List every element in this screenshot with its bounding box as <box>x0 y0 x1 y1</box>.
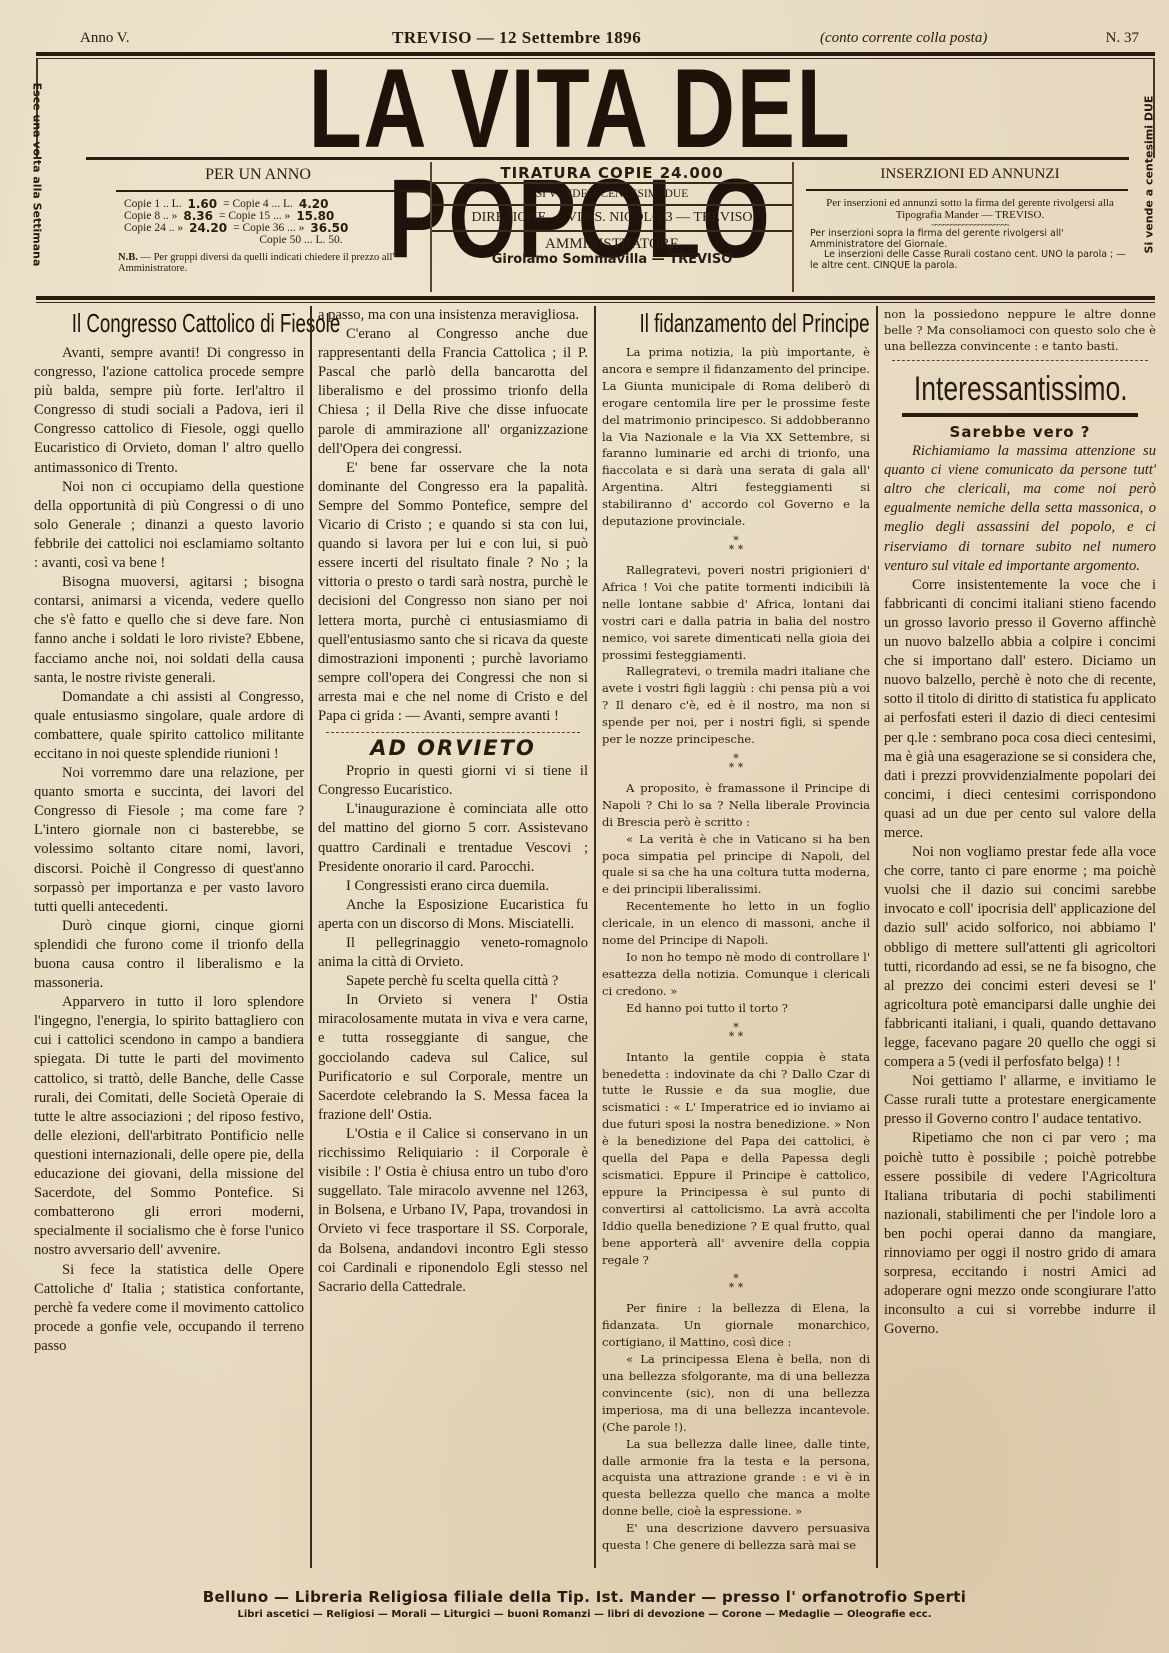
volume-year: Anno V. <box>80 30 129 47</box>
divider <box>116 190 430 192</box>
paragraph: Domandate a chi assisti al Congresso, qu… <box>34 688 304 764</box>
paragraph: Rallegratevi, poveri nostri prigionieri … <box>602 562 870 663</box>
column-2: a passo, ma con una insistenza meravigli… <box>318 306 588 1568</box>
lead-paragraph: Richiamiamo la massima attenzione su qua… <box>884 442 1156 576</box>
advertising-box: INSERZIONI ED ANNUNZI Per inserzioni ed … <box>800 162 1140 292</box>
newspaper-page: Anno V. TREVISO — 12 Settembre 1896 (con… <box>0 0 1169 1653</box>
paragraph: Noi non ci occupiamo della questione del… <box>34 478 304 573</box>
advertising-note: Per inserzioni sopra la firma del gerent… <box>800 229 1140 250</box>
section-rule-thin <box>36 302 1155 303</box>
paragraph: Per finire : la bellezza di Elena, la fi… <box>602 1300 870 1351</box>
footer-line-1: Belluno — Libreria Religiosa filiale del… <box>0 1588 1169 1606</box>
price-per-copy: SI VENDE A CENTESIMI DUE <box>432 182 792 204</box>
paragraph: Il pellegrinaggio veneto-romagnolo anima… <box>318 934 588 972</box>
paragraph: Ripetiamo che non ci par vero ; ma poich… <box>884 1129 1156 1339</box>
side-note-left-text: Esce una volta alla Settimana <box>31 80 44 270</box>
paragraph: La sua bellezza dalle linee, dalle tinte… <box>602 1436 870 1521</box>
paragraph: Si fece la statistica delle Opere Cattol… <box>34 1261 304 1356</box>
advertising-note: Per inserzioni ed annunzi sotto la firma… <box>800 197 1140 221</box>
paragraph: Corre insistentemente la voce che i fabb… <box>884 576 1156 843</box>
circulation-box: TIRATURA COPIE 24.000 SI VENDE A CENTESI… <box>430 162 794 292</box>
asterism-divider: ** * <box>602 1023 870 1041</box>
paragraph: non la possiedono neppure le altre donne… <box>884 306 1156 354</box>
footer-advertisement: Belluno — Libreria Religiosa filiale del… <box>0 1588 1169 1620</box>
price-row: Copie 8 .. » 8.36 = Copie 15 ... » 15.80 <box>124 210 438 222</box>
postal-note: (conto corrente colla posta) <box>820 30 987 47</box>
paragraph: Noi vorremmo dare una relazione, per qua… <box>34 764 304 917</box>
article-headline: Il Congresso Cattolico di Fiesole <box>72 306 266 340</box>
footer-line-2: Libri ascetici — Religiosi — Morali — Li… <box>0 1609 1169 1620</box>
paragraph: Sapete perchè fu scelta quella città ? <box>318 972 588 991</box>
price-label: = Copie 4 ... L. <box>223 198 293 210</box>
column-rule <box>594 306 596 1568</box>
article-columns: Il Congresso Cattolico di Fiesole Avanti… <box>20 306 1160 1568</box>
divider <box>806 189 1128 191</box>
nota-bene: N.B. — Per gruppi diversi da quelli indi… <box>118 252 438 274</box>
paragraph: Durò cinque giorni, cinque giorni splend… <box>34 917 304 993</box>
paragraph: E' bene far osservare che la nota domina… <box>318 459 588 726</box>
paragraph: Rallegratevi, o tremila madri italiane c… <box>602 663 870 748</box>
price-row: Copie 24 .. » 24.20 = Copie 36 ... » 36.… <box>124 222 438 234</box>
article-kicker: Sarebbe vero ? <box>884 423 1156 442</box>
asterism-divider: ** * <box>602 754 870 772</box>
section-rule <box>36 296 1155 300</box>
editorial-address: DIREZIONE — VIA S. NICOLÒ 3 — TREVISO <box>432 204 792 230</box>
paragraph: L'inaugurazione è cominciata alle otto d… <box>318 800 588 876</box>
paragraph: A proposito, è framassone il Principe di… <box>602 780 870 831</box>
asterism-divider: ** * <box>602 1274 870 1292</box>
circulation: TIRATURA COPIE 24.000 <box>432 162 792 182</box>
masthead-rule <box>86 157 1129 160</box>
price-row: Copie 1 .. L. 1.60 = Copie 4 ... L. 4.20 <box>124 198 438 210</box>
price-value: 24.20 <box>189 222 227 234</box>
column-1: Il Congresso Cattolico di Fiesole Avanti… <box>34 306 304 1568</box>
side-note-right: Si vende a centesimi DUE <box>1142 80 1158 270</box>
paragraph: La prima notizia, la più importante, è a… <box>602 344 870 530</box>
side-note-left: Esce una volta alla Settimana <box>30 80 46 270</box>
paragraph: Recentemente ho letto in un foglio cleri… <box>602 898 870 949</box>
article-divider <box>326 732 580 733</box>
nb-label: N.B. <box>118 252 138 263</box>
paragraph: a passo, ma con una insistenza meravigli… <box>318 306 588 325</box>
price-value: 36.50 <box>310 222 348 234</box>
column-3: Il fidanzamento del Principe La prima no… <box>602 306 870 1568</box>
paragraph: Proprio in questi giorni vi si tiene il … <box>318 762 588 800</box>
paragraph: E' una descrizione davvero persuasiva qu… <box>602 1520 870 1554</box>
column-rule <box>310 306 312 1568</box>
article-divider <box>892 360 1148 361</box>
price-label: Copie 1 .. L. <box>124 198 182 210</box>
dateline: TREVISO — 12 Settembre 1896 <box>392 28 641 48</box>
advertising-heading: INSERZIONI ED ANNUNZI <box>800 166 1140 183</box>
subscription-box: PER UN ANNO Copie 1 .. L. 1.60 = Copie 4… <box>78 162 438 292</box>
paragraph: « La verità è che in Vaticano si ha ben … <box>602 831 870 899</box>
administrator-label: AMMINISTRATORE <box>432 236 792 252</box>
paragraph: Bisogna muoversi, agitarsi ; bisogna con… <box>34 573 304 688</box>
paragraph: Ed hanno poi tutto il torto ? <box>602 1000 870 1017</box>
administrator-name: Girolamo Sommavilla — TREVISO <box>432 252 792 268</box>
info-band: PER UN ANNO Copie 1 .. L. 1.60 = Copie 4… <box>48 162 1140 292</box>
paragraph: Io non ho tempo nè modo di controllare l… <box>602 949 870 1000</box>
paragraph: C'erano al Congresso anche due rappresen… <box>318 325 588 459</box>
paragraph: I Congressisti erano circa duemila. <box>318 877 588 896</box>
price-label: = Copie 15 ... » <box>219 210 290 222</box>
headline-rule <box>902 413 1138 417</box>
subscription-heading: PER UN ANNO <box>78 166 438 184</box>
price-label: Copie 8 .. » <box>124 210 177 222</box>
price-50-copies: Copie 50 ... L. 50. <box>164 234 438 246</box>
paragraph: Noi gettiamo l' allarme, e invitiamo le … <box>884 1072 1156 1129</box>
issue-number: N. 37 <box>1106 30 1139 47</box>
article-headline: Interessantissimo. <box>914 367 1126 411</box>
advertising-note: Le inserzioni delle Casse Rurali costano… <box>800 250 1140 271</box>
column-4: non la possiedono neppure le altre donne… <box>884 306 1156 1568</box>
paragraph: Noi non vogliamo prestar fede alla voce … <box>884 843 1156 1072</box>
paragraph: In Orvieto si venera l' Ostia miracolosa… <box>318 991 588 1125</box>
paragraph: Apparvero in tutto il loro splendore l'i… <box>34 993 304 1260</box>
paragraph: Intanto la gentile coppia è stata benede… <box>602 1049 870 1269</box>
article-headline: AD ORVIETO <box>318 739 588 758</box>
paragraph: « La principessa Elena è bella, non di u… <box>602 1351 870 1436</box>
nb-text: — Per gruppi diversi da quelli indicati … <box>118 252 394 274</box>
price-label: Copie 24 .. » <box>124 222 183 234</box>
article-headline: Il fidanzamento del Principe <box>640 306 833 340</box>
paragraph: Anche la Esposizione Eucaristica fu aper… <box>318 896 588 934</box>
column-rule <box>876 306 878 1568</box>
paragraph: Avanti, sempre avanti! Di congresso in c… <box>34 344 304 478</box>
asterism-divider: ** * <box>602 536 870 554</box>
price-label: = Copie 36 ... » <box>233 222 304 234</box>
administrator: AMMINISTRATORE Girolamo Sommavilla — TRE… <box>432 230 792 268</box>
price-table: Copie 1 .. L. 1.60 = Copie 4 ... L. 4.20… <box>124 198 438 246</box>
paragraph: L'Ostia e il Calice si conservano in un … <box>318 1125 588 1297</box>
side-note-right-text: Si vende a centesimi DUE <box>1143 80 1156 270</box>
